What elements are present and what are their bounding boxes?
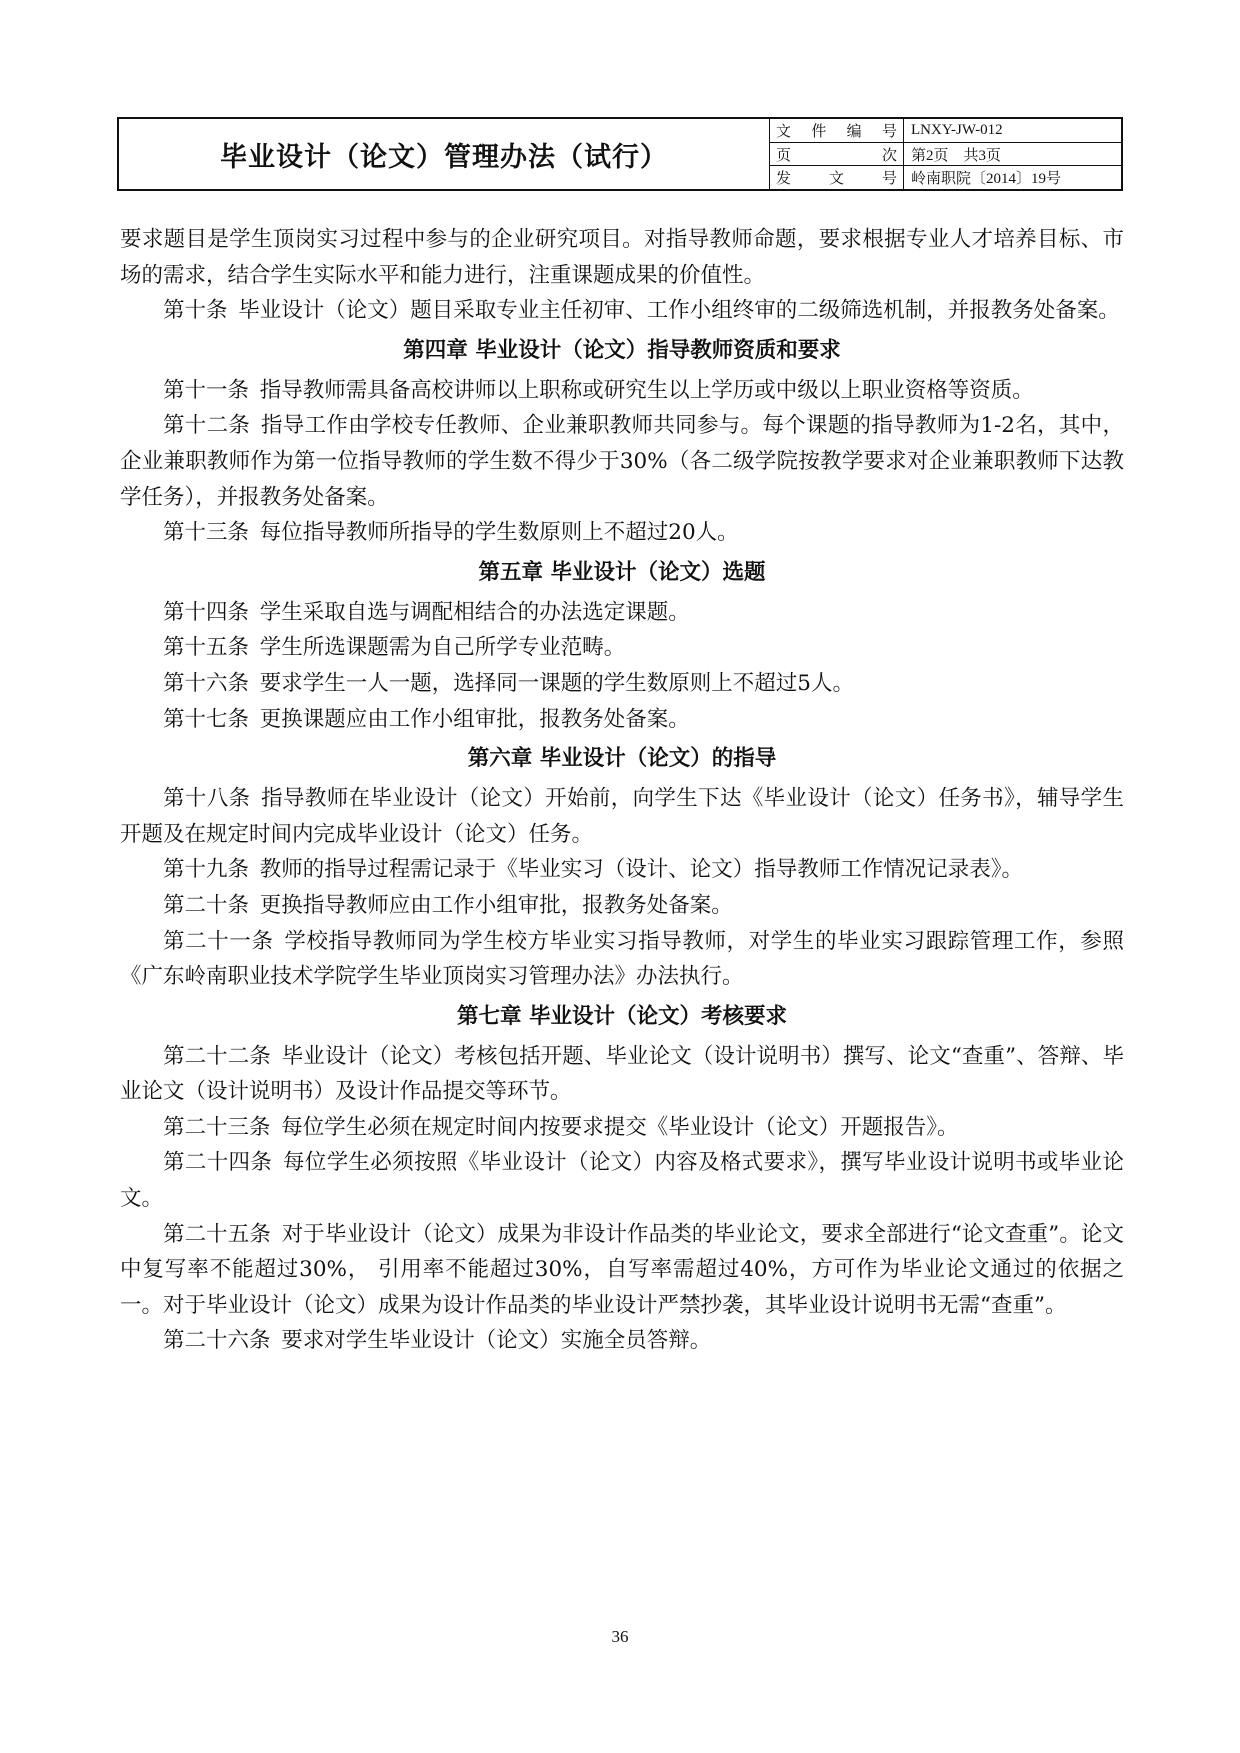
label-char: 页 [776,144,791,165]
article-text: 更换课题应由工作小组审批，报教务处备案。 [260,707,690,732]
article-16: 第十六条要求学生一人一题，选择同一课题的学生数原则上不超过5人。 [120,666,1124,702]
label-char: 文 [776,120,791,141]
article-22: 第二十二条毕业设计（论文）考核包括开题、毕业论文（设计说明书）撰写、论文“查重”… [120,1039,1124,1110]
article-number: 第十九条 [163,857,249,882]
meta-label-issue-number: 发 文 号 [770,166,904,189]
chapter-4-heading: 第四章 毕业设计（论文）指导教师资质和要求 [120,332,1124,370]
meta-value-page: 第2页 共3页 [904,143,1121,166]
article-number: 第二十条 [163,893,249,918]
article-text: 学生所选课题需为自己所学专业范畴。 [260,635,626,660]
article-number: 第十三条 [163,520,249,545]
document-title: 毕业设计（论文）管理办法（试行） [119,119,770,189]
article-17: 第十七条更换课题应由工作小组审批，报教务处备案。 [120,702,1124,738]
article-23: 第二十三条每位学生必须在规定时间内按要求提交《毕业设计（论文）开题报告》。 [120,1110,1124,1146]
article-13: 第十三条每位指导教师所指导的学生数原则上不超过20人。 [120,515,1124,551]
chapter-6-heading: 第六章 毕业设计（论文）的指导 [120,740,1124,778]
article-number: 第十八条 [163,786,250,811]
article-24: 第二十四条每位学生必须按照《毕业设计（论文）内容及格式要求》，撰写毕业设计说明书… [120,1145,1124,1216]
article-text: 指导教师需具备高校讲师以上职称或研究生以上学历或中级以上职业资格等资质。 [260,378,1034,403]
meta-label-page: 页 次 [770,143,904,166]
article-number: 第二十四条 [163,1150,272,1175]
article-text: 每位指导教师所指导的学生数原则上不超过20人。 [260,520,739,545]
article-26: 第二十六条要求对学生毕业设计（论文）实施全员答辩。 [120,1323,1124,1359]
article-number: 第十六条 [163,671,249,696]
meta-row-issue-number: 发 文 号 岭南职院〔2014〕19号 [770,166,1121,189]
article-10: 第十条毕业设计（论文）题目采取专业主任初审、工作小组终审的二级筛选机制，并报教务… [120,293,1124,329]
article-15: 第十五条学生所选课题需为自己所学专业范畴。 [120,630,1124,666]
article-25: 第二十五条对于毕业设计（论文）成果为非设计作品类的毕业论文，要求全部进行“论文查… [120,1217,1124,1324]
meta-label-file-number: 文 件 编 号 [770,119,904,142]
article-number: 第十二条 [163,413,250,438]
article-number: 第二十五条 [163,1222,271,1247]
article-20: 第二十条更换指导教师应由工作小组审批，报教务处备案。 [120,888,1124,924]
article-text: 更换指导教师应由工作小组审批，报教务处备案。 [260,893,733,918]
article-number: 第十一条 [163,378,249,403]
article-text: 要求对学生毕业设计（论文）实施全员答辩。 [281,1328,711,1353]
article-number: 第二十六条 [163,1328,271,1353]
label-char: 编 [847,120,862,141]
document-meta: 文 件 编 号 LNXY-JW-012 页 次 第2页 共3页 发 文 号 岭南… [770,119,1121,189]
article-text: 要求学生一人一题，选择同一课题的学生数原则上不超过5人。 [260,671,854,696]
label-char: 号 [882,120,897,141]
article-number: 第十条 [163,298,228,323]
article-number: 第十五条 [163,635,249,660]
article-14: 第十四条学生采取自选与调配相结合的办法选定课题。 [120,595,1124,631]
article-text: 每位学生必须在规定时间内按要求提交《毕业设计（论文）开题报告》。 [281,1115,958,1140]
article-text: 指导教师在毕业设计（论文）开始前，向学生下达《毕业设计（论文）任务书》，辅导学生… [120,786,1124,847]
label-char: 发 [776,167,791,188]
page-number: 36 [0,1627,1240,1647]
document-body: 要求题目是学生顶岗实习过程中参与的企业研究项目。对指导教师命题，要求根据专业人才… [120,222,1124,1359]
article-18: 第十八条指导教师在毕业设计（论文）开始前，向学生下达《毕业设计（论文）任务书》，… [120,781,1124,852]
chapter-5-heading: 第五章 毕业设计（论文）选题 [120,554,1124,592]
meta-row-page: 页 次 第2页 共3页 [770,143,1121,167]
meta-value-issue-number: 岭南职院〔2014〕19号 [904,166,1121,189]
label-char: 文 [829,167,844,188]
article-12: 第十二条指导工作由学校专任教师、企业兼职教师共同参与。每个课题的指导教师为1-2… [120,408,1124,515]
article-number: 第十七条 [163,707,249,732]
meta-row-file-number: 文 件 编 号 LNXY-JW-012 [770,119,1121,143]
article-11: 第十一条指导教师需具备高校讲师以上职称或研究生以上学历或中级以上职业资格等资质。 [120,373,1124,409]
article-text: 指导工作由学校专任教师、企业兼职教师共同参与。每个课题的指导教师为1-2名，其中… [120,413,1124,509]
article-number: 第二十三条 [163,1115,271,1140]
article-text: 学生采取自选与调配相结合的办法选定课题。 [260,600,690,625]
article-19: 第十九条教师的指导过程需记录于《毕业实习（设计、论文）指导教师工作情况记录表》。 [120,852,1124,888]
paragraph-continued: 要求题目是学生顶岗实习过程中参与的企业研究项目。对指导教师命题，要求根据专业人才… [120,222,1124,293]
chapter-7-heading: 第七章 毕业设计（论文）考核要求 [120,998,1124,1036]
article-number: 第二十一条 [163,929,274,954]
article-text: 教师的指导过程需记录于《毕业实习（设计、论文）指导教师工作情况记录表》。 [260,857,1023,882]
label-char: 号 [882,167,897,188]
article-21: 第二十一条学校指导教师同为学生校方毕业实习指导教师，对学生的毕业实习跟踪管理工作… [120,924,1124,995]
document-header-table: 毕业设计（论文）管理办法（试行） 文 件 编 号 LNXY-JW-012 页 次… [117,117,1123,191]
article-text: 毕业设计（论文）题目采取专业主任初审、工作小组终审的二级筛选机制，并报教务处备案… [238,298,1120,323]
article-number: 第十四条 [163,600,249,625]
label-char: 件 [811,120,826,141]
label-char: 次 [882,144,897,165]
article-number: 第二十二条 [163,1044,271,1069]
meta-value-file-number: LNXY-JW-012 [904,119,1121,142]
